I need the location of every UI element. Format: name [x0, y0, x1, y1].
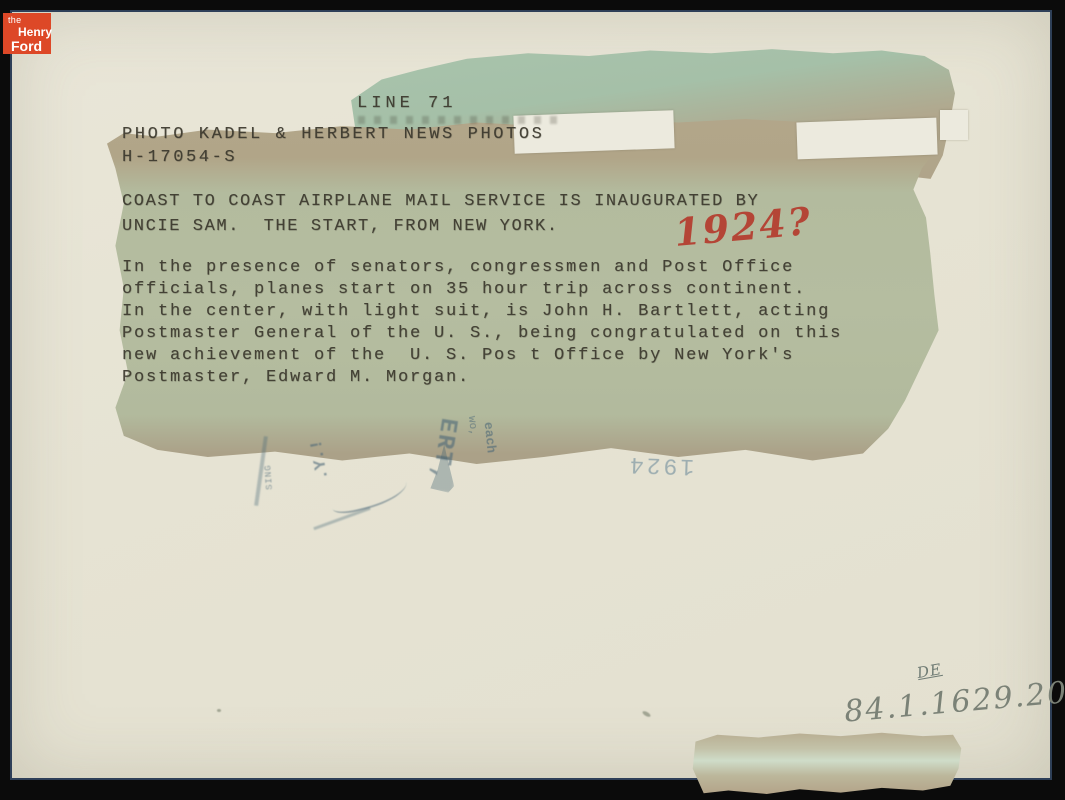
stamp-fragment-wo: wo,: [465, 416, 479, 437]
negative-number-text: H-17054-S: [122, 148, 237, 167]
headline-line2: UNCIE SAM. THE START, FROM NEW YORK.: [122, 217, 559, 236]
body-line-5: new achievement of the U. S. Pos t Offic…: [122, 346, 794, 365]
logo-word-henry: Henry: [18, 26, 51, 38]
body-line-3: In the center, with light suit, is John …: [122, 302, 830, 321]
body-line-1: In the presence of senators, congressmen…: [122, 258, 794, 277]
paper-fleck: [217, 709, 221, 712]
agency-credit-text: PHOTO KADEL & HERBERT NEWS PHOTOS: [122, 125, 544, 144]
white-tape-patch-3: [940, 110, 968, 140]
white-tape-patch-2: [796, 118, 937, 160]
body-line-2: officials, planes start on 35 hour trip …: [122, 280, 806, 299]
headline-line1: COAST TO COAST AIRPLANE MAIL SERVICE IS …: [122, 192, 759, 211]
line-number-text: LINE 71: [357, 94, 456, 113]
paper-fleck: [642, 710, 652, 718]
accession-number: 84.1.1629.206: [843, 673, 1065, 729]
torn-tape-bottom: [690, 728, 964, 796]
year-stamp-upside-down: 1924: [627, 451, 695, 479]
stamp-fragment-each: each: [481, 421, 499, 454]
scan-background: LINE 71 PHOTO KADEL & HERBERT NEWS PHOTO…: [0, 0, 1065, 800]
faded-typed-smudge: [358, 116, 563, 124]
body-line-6: Postmaster, Edward M. Morgan.: [122, 368, 470, 387]
logo-word-the: the: [8, 16, 51, 25]
henry-ford-logo: the Henry Ford: [3, 13, 51, 54]
body-line-4: Postmaster General of the U. S., being c…: [122, 324, 842, 343]
cataloger-initials: DE: [916, 660, 944, 682]
photo-verso: LINE 71 PHOTO KADEL & HERBERT NEWS PHOTO…: [10, 10, 1052, 780]
logo-word-ford: Ford: [11, 39, 51, 53]
